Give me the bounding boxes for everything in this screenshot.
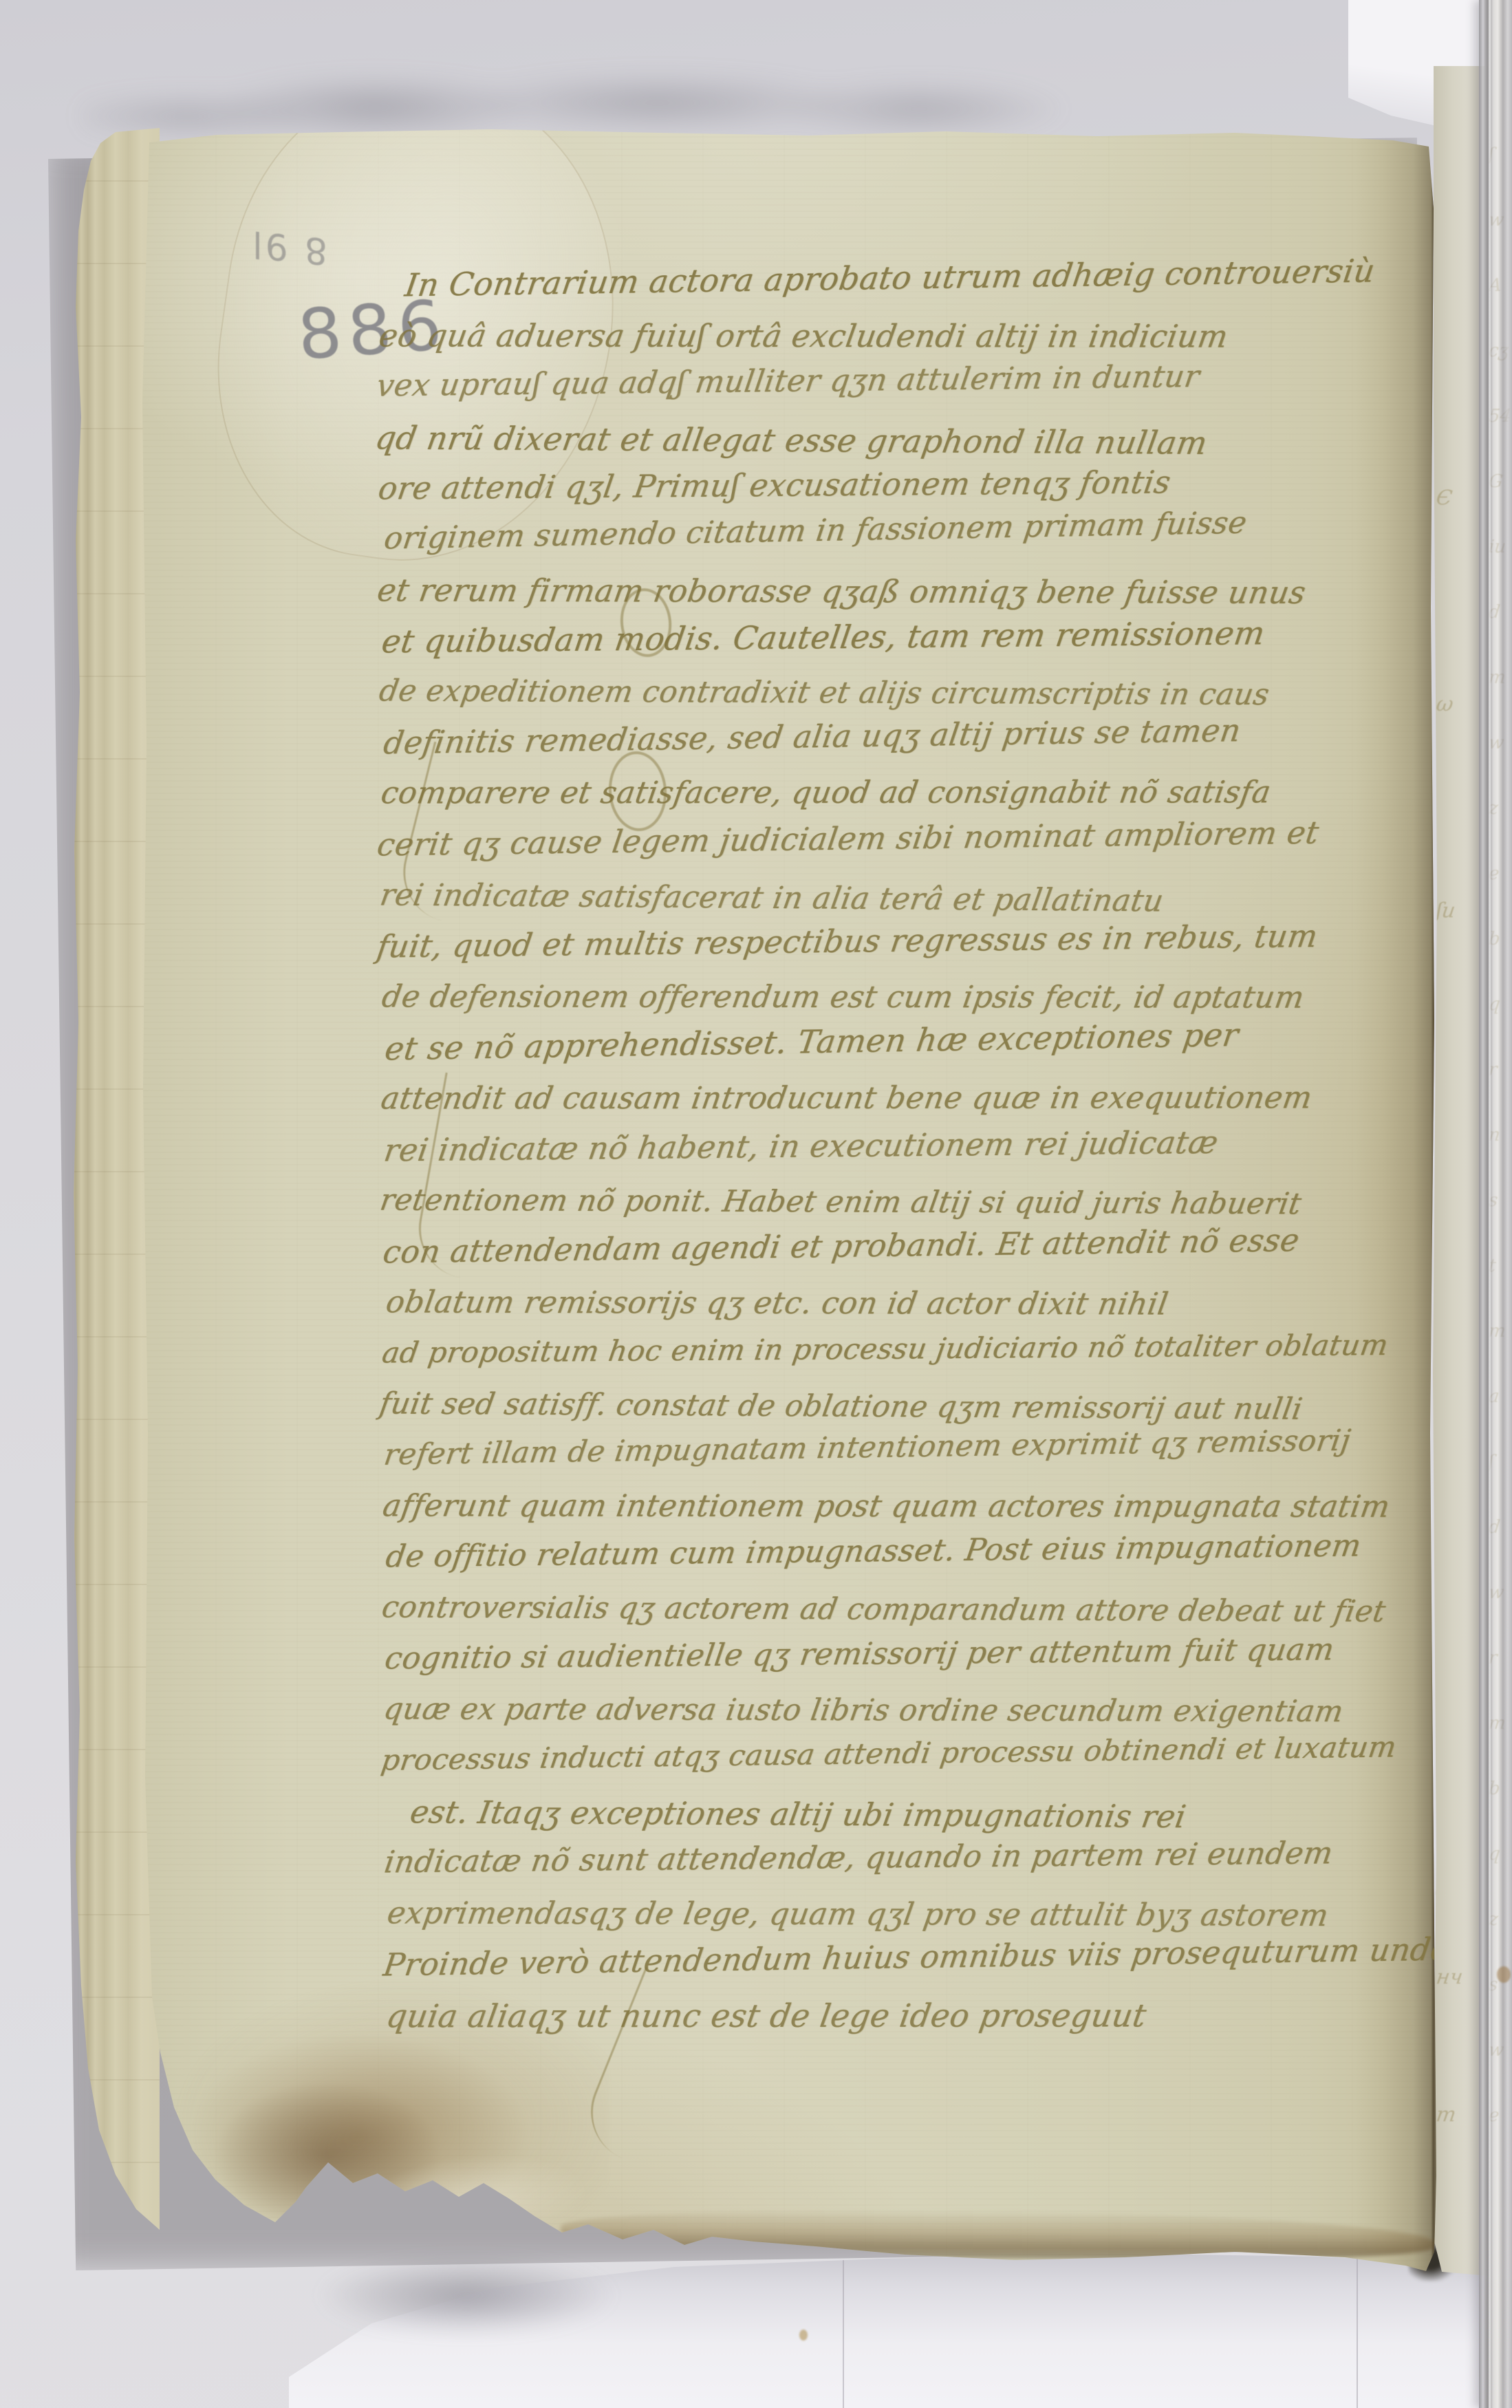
manuscript-line: retentionem nõ ponit. Habet enim altij s…	[378, 1183, 1304, 1222]
manuscript-line: de expeditionem contradixit et alijs cir…	[377, 674, 1272, 713]
foxing-spot	[799, 2330, 808, 2341]
manuscript-photo: { "photo": { "subject": "Bound early-mod…	[0, 0, 1512, 2408]
manuscript-line: de defensionem offerendum est cum ipsis …	[380, 980, 1307, 1015]
manuscript-page: 8 9l 886 In Contrarium actora aprobato u…	[134, 126, 1436, 2274]
glass-rod	[1479, 0, 1512, 2408]
manuscript-line: attendit ad causam introducunt bene quæ …	[378, 1080, 1315, 1116]
manuscript-line: et se nõ apprehendisset. Tamen hæ except…	[382, 1016, 1241, 1068]
glass-rod-highlight	[1489, 0, 1491, 2408]
manuscript-line: est. Itaqʒ exceptiones altij ubi impugna…	[408, 1794, 1189, 1835]
manuscript-line: originem sumendo citatum in fassionem pr…	[382, 506, 1249, 557]
manuscript-line: et rerum firmam roborasse qʒaß omniqʒ be…	[375, 572, 1308, 612]
adjacent-leaf-text-fragment: ʃu	[1435, 899, 1457, 923]
adjacent-leaf-text-fragment: m	[1435, 2103, 1458, 2127]
manuscript-line: cognitio si audientielle qʒ remissorij p…	[382, 1632, 1337, 1676]
manuscript-line: oblatum remissorijs qʒ etc. con id actor…	[384, 1285, 1171, 1322]
page-cast-shadow	[296, 2250, 722, 2380]
manuscript-line: fuit sed satisff. constat de oblatione q…	[377, 1387, 1305, 1427]
manuscript-line: ad propositum hoc enim in processu judic…	[380, 1328, 1390, 1370]
manuscript-line: con attendendam agendi et probandi. Et a…	[380, 1222, 1302, 1270]
manuscript-line: processus inducti atqʒ causa attendi pro…	[379, 1730, 1398, 1776]
manuscript-line: cerit qʒ cause legem judicialem sibi nom…	[375, 815, 1321, 863]
manuscript-text-block: In Contrarium actora aprobato utrum adhæ…	[129, 123, 1441, 2277]
manuscript-line: rei indicatæ nõ habent, in executionem r…	[382, 1124, 1221, 1169]
manuscript-line: eò quâ aduersa fuiuʃ ortâ excludendi alt…	[376, 318, 1231, 355]
manuscript-line: afferunt quam intentionem post quam acto…	[380, 1489, 1392, 1525]
manuscript-line: refert illam de impugnatam intentionem e…	[382, 1423, 1353, 1472]
adjacent-leaf-text-fragment: ω	[1435, 692, 1455, 716]
manuscript-line: quia aliaqʒ ut nunc est de lege ideo pro…	[384, 1997, 1149, 2035]
page-top-shadow	[83, 54, 1128, 143]
manuscript-line: vex uprauʃ qua adqʃ mulliter qʒn attuler…	[374, 359, 1202, 404]
adjacent-leaf-text-fragment: нч	[1435, 1965, 1465, 1989]
manuscript-line: qd nrũ dixerat et allegat esse graphond …	[373, 420, 1210, 462]
manuscript-line: de offitio relatum cum impugnasset. Post…	[384, 1528, 1364, 1574]
manuscript-line: rei indicatæ satisfacerat in alia terâ e…	[378, 878, 1166, 919]
manuscript-line: In Contrarium actora aprobato utrum adhæ…	[402, 252, 1377, 303]
sheet-fold-line	[1357, 2257, 1358, 2408]
foxing-spot	[1497, 1966, 1511, 1983]
manuscript-line: quæ ex parte adversa iusto libris ordine…	[381, 1692, 1346, 1730]
manuscript-line: controversialis qʒ actorem ad comparandu…	[380, 1591, 1388, 1629]
adjacent-leaf-text-fragment: Є	[1435, 486, 1454, 510]
manuscript-line: fuit, quod et multis respectibus regress…	[374, 918, 1320, 965]
manuscript-line: definitis remediasse, sed alia uqʒ altij…	[381, 712, 1243, 761]
manuscript-line: exprimendasqʒ de lege, quam qʒl pro se a…	[385, 1896, 1331, 1934]
manuscript-line: Proinde verò attendendum huius omnibus v…	[381, 1931, 1452, 1984]
manuscript-line: comparere et satisfacere, quod ad consig…	[378, 775, 1273, 810]
manuscript-line: et quibusdam modis. Cautelles, tam rem r…	[379, 614, 1267, 660]
sheet-fold-line	[843, 2257, 844, 2408]
manuscript-line: indicatæ nõ sunt attendendæ, quando in p…	[382, 1836, 1335, 1880]
manuscript-line: ore attendi qʒl, Primuʃ excusationem ten…	[376, 464, 1173, 507]
